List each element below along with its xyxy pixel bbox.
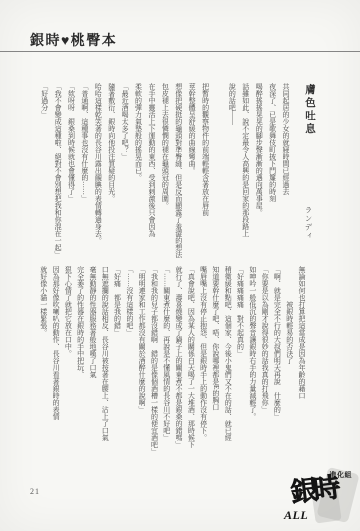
text-column: 哈哈這樣乾笑著的長谷川露出靦腆的表情轉過身去。 <box>91 83 104 267</box>
text-column: 「明明連家和工作都沒有關於酒醉什麼的說啊」 <box>136 266 148 510</box>
story-title: 膚色吐息 <box>302 84 317 136</box>
text-column: 因為那好像吹喇叭的動作、長谷川看著銀時的表情 <box>50 266 62 510</box>
text-column: 莖幹整體呈舒緩的曲線彎曲。 <box>185 83 198 267</box>
text-column: 「普通啊、這種事也沒有什麼的……」 <box>78 83 91 267</box>
text-column: 「我不會變成這種啦、絕對不會別想把我和你混在一起」 <box>51 83 64 267</box>
text-column: 「最近酒喝太多了吧？」 <box>118 83 131 267</box>
text-column: 「好痛 都是我的錯」 <box>111 266 123 510</box>
text-column: 柔軟的彈力氣墊般的搖晃而已。 <box>131 83 144 267</box>
text-column: 如呻吟一般低沉的聲音讓銀時右手的力量減輕了。 <box>247 266 259 510</box>
text-column: 「……關東煮什麼的、再說是不懂風情的長谷川不好吧」 <box>160 266 172 510</box>
header-rule <box>0 51 360 52</box>
text-column: 「好過分」 <box>37 83 50 267</box>
text-column: 「……沒有這樣的吧」 <box>124 266 136 510</box>
page-number: 21 <box>30 487 40 496</box>
text-column: 包皮褪上去很憐憫的褪在龜頭冠的周圍。 <box>158 83 171 267</box>
text-column: 毫無動靜的性器服務著般地嘆了口氣 <box>87 266 99 510</box>
text-column: 「真會說吧、因為某人的關係白天喝了一大堆酒、那時候下 <box>185 266 197 510</box>
logo-main-text: 銀時 <box>288 465 338 509</box>
text-block-top: 共同起居的少女的就寢時間已經過去夜深了、已是歌舞伎町披下門簾的時刻喝醉搖搖晃晃的… <box>36 83 292 267</box>
text-column: 夜深了、已是歌舞伎町披下門簾的時刻 <box>265 83 278 267</box>
text-column <box>212 83 225 267</box>
text-column: 口無遮攔的說話相反、長谷川被按著在腰上、沾上了口氣 <box>99 266 111 510</box>
text-column: 就好像小貓一樣緊張。 <box>37 266 49 510</box>
text-column: 就行了、壽喜燒變成了鍋子上的關東煮不都是銀桑的錯嗎」 <box>173 266 185 510</box>
text-column: 稍微緩和點吧、這個家、今後小鬼們又不在的話、就已經 <box>222 266 234 510</box>
text-column: 喝醉搖搖晃晃的腳步聲漸漸的邁向萬事屋。 <box>252 83 265 267</box>
circle-logo: 進化組 銀時 ALL <box>283 462 357 530</box>
text-column: 在手中靈活上下運動的東西、受到刺激後只會因為 <box>145 83 158 267</box>
text-column: 共同起居的少女的就寢時間已經過去 <box>279 83 292 267</box>
text-column: 「啊、就是完全不行的大叔們明天再說 什麼的」 <box>271 266 283 510</box>
text-column: 「好痛痛痛痛 對不起真的」 <box>234 266 246 510</box>
story-author: ランディ <box>303 206 314 240</box>
logo-sub-text: ALL <box>284 508 308 523</box>
text-column: 知道要幹什麼了吧、唔、你說哪裡都是E的胸口 <box>210 266 222 510</box>
text-column: 完全萎了的性器在銀時的手中把玩、 <box>74 266 86 510</box>
text-column: 說的話吧—— <box>225 83 238 267</box>
text-column: 把暫時的觀察物件的前端輕輕含著放在唇前 <box>198 83 211 267</box>
text-column: 嘴唇嘴上沒有停止抱怨、但是銀時手上的動作沒有停下。 <box>197 266 209 510</box>
text-column: 話雖如此、說不定最令人高興的是回家的那段路上 <box>238 83 251 267</box>
text-column: 「我和我的兒子都沒錯啊 錯的是像個酒槽一樣的便宜酒吧」 <box>148 266 160 510</box>
text-column: 隨著敷衍、銀時向他投注質疑的目光。 <box>104 83 117 267</box>
book-title: 銀時♥桃臀本 <box>30 30 117 50</box>
scanned-doujinshi-page: 銀時♥桃臀本 膚色吐息 ランディ 共同起居的少女的就寢時間已經過去夜深了、已是歌… <box>0 0 360 531</box>
text-column: 狠下心情了就把它放在口中。 <box>62 266 74 510</box>
text-column: 想像把硬挺的龜頭對準臀縫、但是反而顯露了羞澀的想法 <box>171 83 184 267</box>
text-column: 「欸呀呀 銀桑到時候就也會懂得了」 <box>64 83 77 267</box>
text-block-bottom: 無論如何也打算把這當成是因為年齡的藉口 被銀時輕易的否決了「啊、就是完全不行的大… <box>36 266 308 510</box>
text-column: 「你要是以為剛才說得很妙的話我真的打飛你」 <box>259 266 271 510</box>
